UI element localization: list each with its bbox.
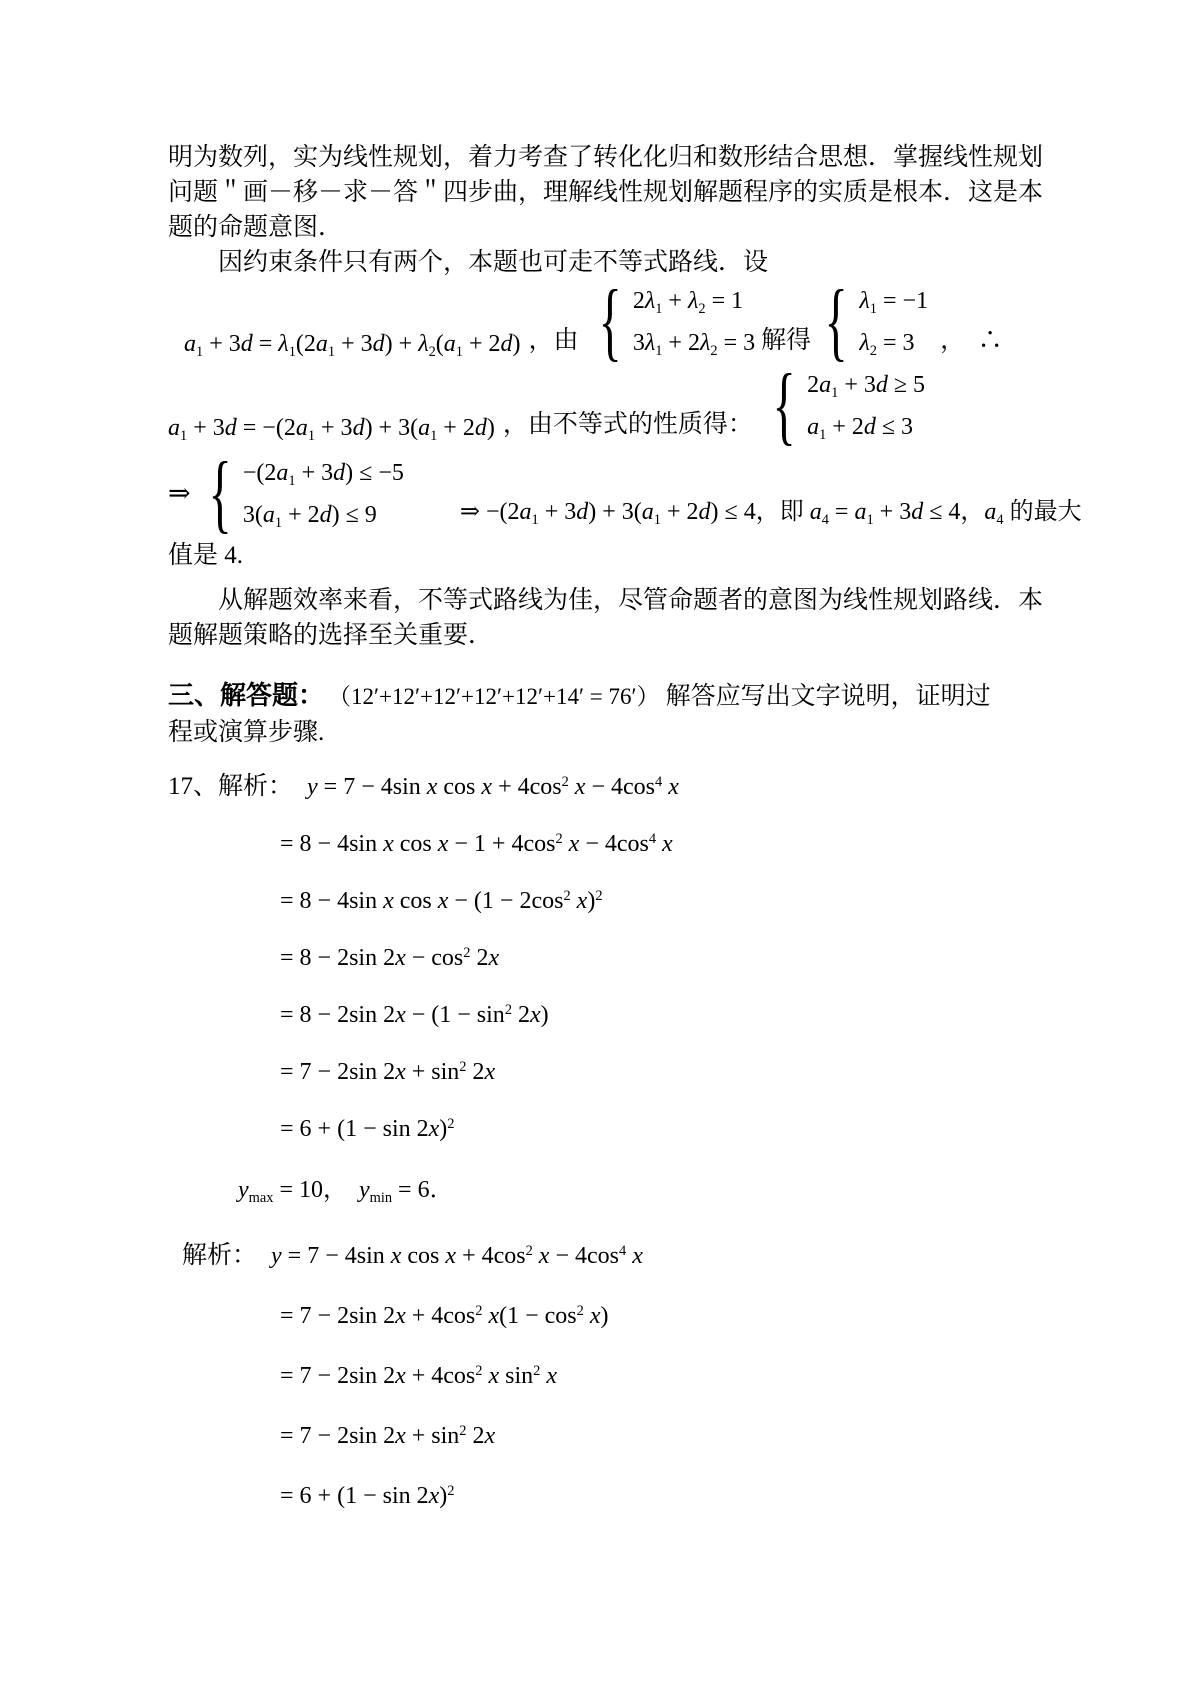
question-label: 17、解析： <box>168 769 293 804</box>
section-title: 三、解答题： <box>168 677 324 713</box>
math-step: = 7 − 2sin 2x + 4cos2 x sin2 x <box>280 1359 1032 1393</box>
question-formula: y = 7 − 4sin x cos x + 4cos2 x − 4cos4 x <box>307 774 679 801</box>
left-brace: { <box>208 458 231 530</box>
closing-paragraph: 从解题效率来看，不等式路线为佳，尽管命题者的意图为线性规划路线．本 题解题策略的… <box>168 583 1032 653</box>
equation-main: a1 + 3d = λ1(2a1 + 3d) + λ2(a1 + 2d) <box>184 331 521 358</box>
case-line: 2a1 + 3d ≥ 5 <box>807 370 925 400</box>
paragraph-line: 问题＂画－移－求－答＂四步曲，理解线性规划解题程序的实质是根本．这是本 <box>168 175 1032 210</box>
case-line: −(2a1 + 3d) ≤ −5 <box>243 458 404 488</box>
cases-lines: −(2a1 + 3d) ≤ −5 3(a1 + 2d) ≤ 9 <box>243 458 404 530</box>
cases-group: { 2λ1 + λ2 = 1 3λ1 + 2λ2 = 3 <box>589 286 756 358</box>
section-heading: 三、解答题： （12′+12′+12′+12′+12′+14′ = 76′） 解… <box>168 677 1032 715</box>
math-step: = 8 − 4sin x cos x − 1 + 4cos2 x − 4cos4… <box>280 827 1032 861</box>
equation-lead-text: ，由 <box>529 323 579 358</box>
paragraph-line: 题解题策略的选择至关重要． <box>168 618 1032 653</box>
alt-solution-line: 解析： y = 7 − 4sin x cos x + 4cos2 x − 4co… <box>182 1238 1032 1273</box>
cases-group: { −(2a1 + 3d) ≤ −5 3(a1 + 2d) ≤ 9 <box>199 458 404 530</box>
equation-lead-text: ，由不等式的性质得： <box>503 407 753 442</box>
left-brace: { <box>825 286 848 358</box>
result-line: ymax = 10， ymin = 6． <box>238 1172 1032 1208</box>
math-step: = 7 − 2sin 2x + sin2 2x <box>280 1055 1032 1089</box>
left-brace: { <box>598 286 621 358</box>
paragraph-line: 题的命题意图． <box>168 210 1032 245</box>
therefore-symbol: ， ∴ <box>940 323 1003 358</box>
left-brace: { <box>772 370 795 442</box>
math-step: = 8 − 2sin 2x − (1 − sin2 2x) <box>280 998 1032 1032</box>
section-note: 解答应写出文字说明，证明过 <box>666 679 991 715</box>
cases-lines: 2λ1 + λ2 = 1 3λ1 + 2λ2 = 3 <box>633 286 755 358</box>
intro-paragraph: 明为数列，实为线性规划，着力考查了转化化归和数形结合思想．掌握线性规划 问题＂画… <box>168 140 1032 280</box>
conclusion-wrap-line: 值是 4. <box>168 538 1032 573</box>
question-17-line: 17、解析： y = 7 − 4sin x cos x + 4cos2 x − … <box>168 769 1032 804</box>
equation-main: a1 + 3d = −(2a1 + 3d) + 3(a1 + 2d) <box>168 415 495 442</box>
paragraph-line: 明为数列，实为线性规划，着力考查了转化化归和数形结合思想．掌握线性规划 <box>168 140 1032 175</box>
case-line: 3(a1 + 2d) ≤ 9 <box>243 500 404 530</box>
math-step: = 8 − 4sin x cos x − (1 − 2cos2 x)2 <box>280 884 1032 918</box>
equation-conclusion: ⇒ −(2a1 + 3d) + 3(a1 + 2d) ≤ 4，即 a4 = a1… <box>460 495 1082 530</box>
case-line: 3λ1 + 2λ2 = 3 <box>633 328 755 358</box>
equation-row-inequality: a1 + 3d = −(2a1 + 3d) + 3(a1 + 2d) ，由不等式… <box>168 370 1032 442</box>
math-step: = 7 − 2sin 2x + 4cos2 x(1 − cos2 x) <box>280 1299 1032 1333</box>
equation-row-lambda: a1 + 3d = λ1(2a1 + 3d) + λ2(a1 + 2d) ，由 … <box>168 286 1032 358</box>
cases-lines: λ1 = −1 λ2 = 3 <box>859 286 928 358</box>
math-step: = 7 − 2sin 2x + sin2 2x <box>280 1419 1032 1453</box>
section-scores: （12′+12′+12′+12′+12′+14′ = 76′） <box>328 679 660 715</box>
derivation-steps: = 8 − 4sin x cos x − 1 + 4cos2 x − 4cos4… <box>280 827 1032 1146</box>
equation-row-implies: ⇒ { −(2a1 + 3d) ≤ −5 3(a1 + 2d) ≤ 9 ⇒ −(… <box>168 458 1032 530</box>
cases-group: { 2a1 + 3d ≥ 5 a1 + 2d ≤ 3 <box>763 370 925 442</box>
document-page: 明为数列，实为线性规划，着力考查了转化化归和数形结合思想．掌握线性规划 问题＂画… <box>0 0 1200 1698</box>
case-line: λ1 = −1 <box>859 286 928 316</box>
solve-label: 解得 <box>761 323 811 358</box>
alt-solution-formula: y = 7 − 4sin x cos x + 4cos2 x − 4cos4 x <box>271 1243 643 1270</box>
case-line: 2λ1 + λ2 = 1 <box>633 286 755 316</box>
math-step: = 6 + (1 − sin 2x)2 <box>280 1479 1032 1513</box>
alt-solution-label: 解析： <box>182 1238 257 1273</box>
alt-derivation-steps: = 7 − 2sin 2x + 4cos2 x(1 − cos2 x) = 7 … <box>280 1299 1032 1513</box>
math-step: = 8 − 2sin 2x − cos2 2x <box>280 941 1032 975</box>
math-step: = 6 + (1 − sin 2x)2 <box>280 1112 1032 1146</box>
paragraph-line: 从解题效率来看，不等式路线为佳，尽管命题者的意图为线性规划路线．本 <box>168 583 1032 618</box>
cases-group: { λ1 = −1 λ2 = 3 <box>815 286 928 358</box>
case-line: a1 + 2d ≤ 3 <box>807 412 925 442</box>
section-note-wrap: 程或演算步骤. <box>168 715 1032 751</box>
cases-lines: 2a1 + 3d ≥ 5 a1 + 2d ≤ 3 <box>807 370 925 442</box>
implies-arrow: ⇒ <box>168 478 191 508</box>
case-line: λ2 = 3 <box>859 328 928 358</box>
